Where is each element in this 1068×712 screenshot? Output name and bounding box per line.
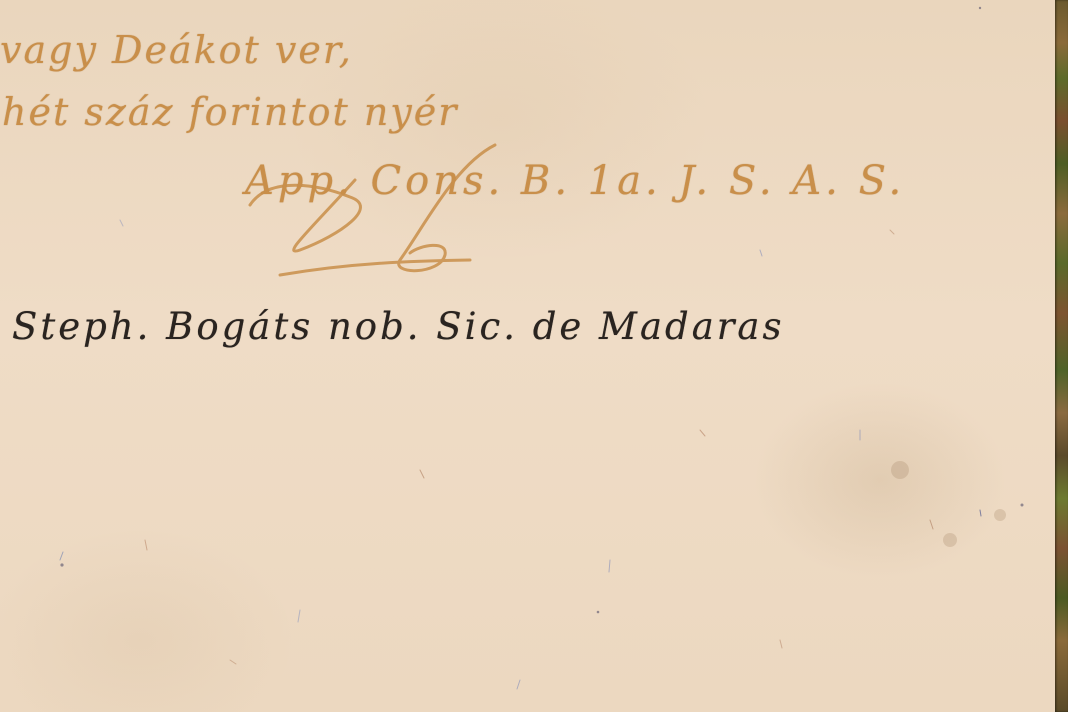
- marbled-cover-edge: [1055, 0, 1068, 712]
- signature-line: Steph. Bogáts nob. Sic. de Madaras: [12, 305, 784, 348]
- manuscript-line-1: vagy Deákot ver,: [0, 28, 353, 72]
- manuscript-line-3: App. Cons. B. 1a. J. S. A. S.: [245, 158, 905, 204]
- signature-flourish: [240, 135, 690, 280]
- manuscript-line-2: hét száz forintot nyér: [2, 90, 458, 134]
- manuscript-photo: vagy Deákot ver, hét száz forintot nyér …: [0, 0, 1068, 712]
